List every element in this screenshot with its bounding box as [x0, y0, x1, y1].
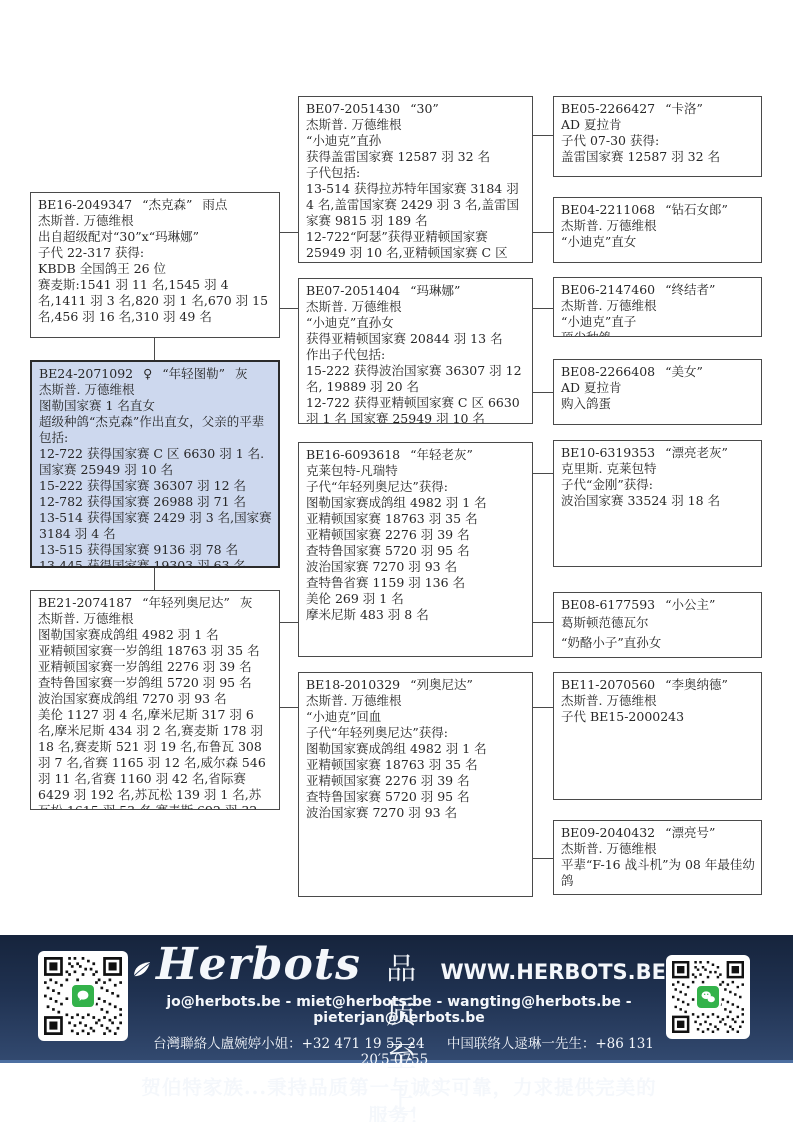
detail-line: 杰斯普. 万德维根	[561, 218, 755, 234]
pigeon-name: “李奥纳德”	[665, 677, 728, 692]
color-note: 雨点	[202, 197, 227, 212]
pigeon-name: “玛琳娜”	[410, 283, 460, 298]
detail-line: 杰斯普. 万德维根	[561, 298, 755, 314]
pigeon-title: BE07-2051404“玛琳娜”	[306, 283, 526, 299]
connector-line	[280, 707, 298, 708]
pedigree-box-ggp-8: BE09-2040432“漂亮号” 杰斯普. 万德维根平辈“F-16 战斗机”为…	[553, 820, 762, 895]
detail-line: 13-445 获得国家赛 19303 羽 63 名	[39, 558, 272, 568]
detail-line: 查特鲁省赛 1159 羽 136 名	[306, 575, 526, 591]
pigeon-title: BE04-2211068“钻石女郎”	[561, 202, 755, 218]
detail-line: 12-722 获得亚精顿国家赛 C 区 6630 羽 1 名 国家赛 25949…	[306, 395, 526, 424]
color-note: 灰	[235, 366, 248, 381]
pigeon-name: “漂亮老灰”	[665, 445, 728, 460]
detail-line: 杰斯普. 万德维根	[306, 299, 526, 315]
detail-line: 顶尖种鸽	[561, 330, 755, 337]
detail-line: 子代 22-317 获得:	[38, 245, 273, 261]
ring-number: BE07-2051430	[306, 101, 400, 116]
detail-line: 盖雷国家赛 12587 羽 32 名	[561, 149, 755, 165]
contact-phones: 台灣聯絡人盧婉婷小姐：+32 471 19 55 24 中国联络人逯琳一先生：+…	[132, 1032, 666, 1068]
pigeon-details: 杰斯普. 万德维根图勒国家赛成鸽组 4982 羽 1 名亚精顿国家赛一岁鸽组 1…	[38, 611, 273, 810]
detail-line: AD 夏拉肯	[561, 117, 755, 133]
detail-line: 查特鲁国家赛 5720 羽 95 名	[306, 543, 526, 559]
detail-line: 克莱包特-凡瑞特	[306, 463, 526, 479]
connector-line	[154, 338, 155, 360]
detail-line: 子代 BE15-2000243	[561, 709, 755, 725]
website-url[interactable]: WWW.HERBOTS.BE	[441, 960, 666, 984]
detail-line: 子代 07-30 获得:	[561, 133, 755, 149]
detail-line: 获得盖雷国家赛 12587 羽 32 名	[306, 149, 526, 165]
brand-row: Herbots 品质至上 WWW.HERBOTS.BE	[132, 939, 666, 991]
detail-line: 摩米尼斯 483 羽 8 名	[306, 607, 526, 623]
color-note: 灰	[240, 595, 253, 610]
pigeon-details: 杰斯普. 万德维根图勒国家赛 1 名直女超级种鸽“杰克森”作出直女，父亲的平辈包…	[39, 382, 272, 568]
connector-line	[280, 232, 298, 233]
pigeon-name: “杰克森”	[142, 197, 192, 212]
detail-line: 子代“年轻列奥尼达”获得:	[306, 479, 526, 495]
pigeon-details: 杰斯普. 万德维根“小迪克”直子顶尖种鸽	[561, 298, 755, 337]
connector-line	[280, 622, 298, 623]
pedigree-box-mother: BE21-2074187“年轻列奥尼达”灰 杰斯普. 万德维根图勒国家赛成鸽组 …	[30, 590, 280, 810]
detail-line: 图勒国家赛成鸽组 4982 羽 1 名	[38, 627, 273, 643]
connector-line	[280, 308, 298, 309]
detail-line: 杰斯普. 万德维根	[38, 213, 273, 229]
connector-line	[533, 308, 553, 309]
detail-line: 子代“年轻列奥尼达”获得:	[306, 725, 526, 741]
pigeon-name: “卡洛”	[665, 101, 703, 116]
pigeon-details: 克里斯. 克莱包特子代“金刚”获得:波治国家赛 33524 羽 18 名	[561, 461, 755, 509]
detail-line: 子代“金刚”获得:	[561, 477, 755, 493]
pigeon-name: “美女”	[665, 364, 703, 379]
detail-line: “小迪克”直子	[561, 314, 755, 330]
detail-line: 葛斯顿范德瓦尔	[561, 613, 755, 633]
ring-number: BE10-6319353	[561, 445, 655, 460]
detail-line: 杰斯普. 万德维根	[306, 693, 526, 709]
leaf-icon	[132, 960, 154, 984]
detail-line: 13-514 获得拉苏特年国家赛 3184 羽 4 名,盖雷国家赛 2429 羽…	[306, 181, 526, 229]
pedigree-box-ggp-7: BE11-2070560“李奥纳德” 杰斯普. 万德维根子代 BE15-2000…	[553, 672, 762, 800]
connector-line	[533, 473, 553, 474]
detail-line: 杰斯普. 万德维根	[561, 841, 755, 857]
detail-line: 美伦 1127 羽 4 名,摩米尼斯 317 羽 6 名,摩米尼斯 434 羽 …	[38, 707, 273, 810]
wechat-qr-code	[666, 955, 750, 1039]
contact-emails[interactable]: jo@herbots.be - miet@herbots.be - wangti…	[132, 994, 666, 1026]
ring-number: BE08-6177593	[561, 597, 655, 612]
ring-number: BE16-2049347	[38, 197, 132, 212]
detail-line: 亚精顿国家赛 18763 羽 35 名	[306, 511, 526, 527]
connector-line	[533, 135, 553, 136]
detail-line: 亚精顿国家赛一岁鸽组 2276 羽 39 名	[38, 659, 273, 675]
pedigree-box-ggp-3: BE06-2147460“终结者” 杰斯普. 万德维根“小迪克”直子顶尖种鸽	[553, 277, 762, 337]
detail-line: 杰斯普. 万德维根	[561, 693, 755, 709]
detail-line: 亚精顿国家赛 2276 羽 39 名	[306, 773, 526, 789]
detail-line: 平辈“F-16 战斗机”为 08 年最佳幼鸽	[561, 857, 755, 889]
pigeon-name: “漂亮号”	[665, 825, 715, 840]
detail-line: 图勒国家赛 1 名直女	[39, 398, 272, 414]
detail-line: 查特鲁国家赛 5720 羽 95 名	[306, 789, 526, 805]
detail-line: 波治国家赛 33524 羽 18 名	[561, 493, 755, 509]
pigeon-title: BE18-2010329“列奥尼达”	[306, 677, 526, 693]
detail-line: “奶酪小子”直孙女	[561, 633, 755, 653]
pigeon-details: 葛斯顿范德瓦尔“奶酪小子”直孙女	[561, 613, 755, 653]
connector-line	[533, 858, 553, 859]
pigeon-name: “年轻列奥尼达”	[142, 595, 230, 610]
pigeon-name: “年轻图勒”	[162, 366, 225, 381]
brand-logo: Herbots	[156, 939, 361, 990]
pigeon-name: “钻石女郎”	[665, 202, 728, 217]
detail-line: “小迪克”直孙女	[306, 315, 526, 331]
pedigree-box-grandsire-maternal: BE16-6093618“年轻老灰” 克莱包特-凡瑞特子代“年轻列奥尼达”获得:…	[298, 442, 533, 657]
pedigree-box-ggp-2: BE04-2211068“钻石女郎” 杰斯普. 万德维根“小迪克”直女	[553, 197, 762, 263]
detail-line: 图勒国家赛成鸽组 4982 羽 1 名	[306, 741, 526, 757]
footer-tagline: 贺伯特家族...秉持品质第一与诚实可靠，力求提供完美的服务！	[132, 1072, 666, 1122]
detail-line: 亚精顿国家赛 18763 羽 35 名	[306, 757, 526, 773]
pedigree-box-ggp-6: BE08-6177593“小公主” 葛斯顿范德瓦尔“奶酪小子”直孙女	[553, 592, 762, 658]
pigeon-details: 杰斯普. 万德维根“小迪克”直孙女获得亚精顿国家赛 20844 羽 13 名作出…	[306, 299, 526, 424]
detail-line: 杰斯普. 万德维根	[39, 382, 272, 398]
detail-line: “小迪克”直女	[561, 234, 755, 250]
ring-number: BE06-2147460	[561, 282, 655, 297]
pigeon-name: “年轻老灰”	[410, 447, 473, 462]
pigeon-title: BE06-2147460“终结者”	[561, 282, 755, 298]
sex-symbol: ♀	[143, 366, 152, 381]
pigeon-details: 杰斯普. 万德维根出自超级配对“30”x“玛琳娜”子代 22-317 获得:KB…	[38, 213, 273, 325]
line-icon	[70, 983, 96, 1009]
detail-line: 杰斯普. 万德维根	[38, 611, 273, 627]
pigeon-title: BE09-2040432“漂亮号”	[561, 825, 755, 841]
detail-line: 杰斯普. 万德维根	[306, 117, 526, 133]
pedigree-box-granddam-paternal: BE07-2051404“玛琳娜” 杰斯普. 万德维根“小迪克”直孙女获得亚精顿…	[298, 278, 533, 424]
footer-banner: Herbots 品质至上 WWW.HERBOTS.BE jo@herbots.b…	[0, 935, 793, 1063]
detail-line: 13-515 获得国家赛 9136 羽 78 名	[39, 542, 272, 558]
detail-line: 12-722“阿瑟”获得亚精顿国家赛 25949 羽 10 名,亚精顿国家赛 C…	[306, 229, 526, 263]
pigeon-name: “30”	[410, 101, 439, 116]
detail-line: 波治国家赛 7270 羽 93 名	[306, 559, 526, 575]
pigeon-title: BE10-6319353“漂亮老灰”	[561, 445, 755, 461]
pigeon-details: AD 夏拉肯子代 07-30 获得:盖雷国家赛 12587 羽 32 名	[561, 117, 755, 165]
detail-line: 美伦 269 羽 1 名	[306, 591, 526, 607]
pigeon-details: 杰斯普. 万德维根子代 BE15-2000243	[561, 693, 755, 725]
pedigree-box-father: BE16-2049347“杰克森”雨点 杰斯普. 万德维根出自超级配对“30”x…	[30, 192, 280, 338]
detail-line: 查特鲁国家赛一岁鸽组 5720 羽 95 名	[38, 675, 273, 691]
detail-line: “小迪克”回血	[306, 709, 526, 725]
connector-line	[533, 707, 553, 708]
pigeon-title: BE11-2070560“李奥纳德”	[561, 677, 755, 693]
detail-line: 亚精顿国家赛 2276 羽 39 名	[306, 527, 526, 543]
pigeon-title: BE16-2049347“杰克森”雨点	[38, 197, 273, 213]
line-qr-code	[38, 951, 128, 1041]
pigeon-name: “终结者”	[665, 282, 715, 297]
ring-number: BE07-2051404	[306, 283, 400, 298]
detail-line: 作出子代包括:	[306, 347, 526, 363]
pigeon-details: AD 夏拉肯购入鸽蛋	[561, 380, 755, 412]
pigeon-title: BE05-2266427“卡洛”	[561, 101, 755, 117]
detail-line: 赛麦斯:1541 羽 11 名,1545 羽 4 名,1411 羽 3 名,82…	[38, 277, 273, 325]
pedigree-page: BE16-2049347“杰克森”雨点 杰斯普. 万德维根出自超级配对“30”x…	[0, 0, 793, 1122]
detail-line: 12-782 获得国家赛 26988 羽 71 名	[39, 494, 272, 510]
pedigree-box-ggp-1: BE05-2266427“卡洛” AD 夏拉肯子代 07-30 获得:盖雷国家赛…	[553, 96, 762, 177]
pigeon-details: 杰斯普. 万德维根“小迪克”直女	[561, 218, 755, 250]
pigeon-title: BE24-2071092♀“年轻图勒”灰	[39, 366, 272, 382]
connector-line	[154, 568, 155, 590]
pigeon-name: “列奥尼达”	[410, 677, 473, 692]
pigeon-name: “小公主”	[665, 597, 715, 612]
pigeon-details: 杰斯普. 万德维根“小迪克”回血子代“年轻列奥尼达”获得:图勒国家赛成鸽组 49…	[306, 693, 526, 821]
detail-line: 克里斯. 克莱包特	[561, 461, 755, 477]
pigeon-title: BE07-2051430“30”	[306, 101, 526, 117]
connector-line	[533, 232, 553, 233]
pigeon-title: BE21-2074187“年轻列奥尼达”灰	[38, 595, 273, 611]
detail-line: 图勒国家赛成鸽组 4982 羽 1 名	[306, 495, 526, 511]
pigeon-details: 克莱包特-凡瑞特子代“年轻列奥尼达”获得:图勒国家赛成鸽组 4982 羽 1 名…	[306, 463, 526, 623]
detail-line: 15-222 获得国家赛 36307 羽 12 名	[39, 478, 272, 494]
pigeon-details: 杰斯普. 万德维根平辈“F-16 战斗机”为 08 年最佳幼鸽	[561, 841, 755, 889]
detail-line: AD 夏拉肯	[561, 380, 755, 396]
detail-line: “小迪克”直孙	[306, 133, 526, 149]
detail-line: 波治国家赛成鸽组 7270 羽 93 名	[38, 691, 273, 707]
detail-line: 子代包括:	[306, 165, 526, 181]
detail-line: 12-722 获得国家赛 C 区 6630 羽 1 名.国家赛 25949 羽 …	[39, 446, 272, 478]
ring-number: BE08-2266408	[561, 364, 655, 379]
pigeon-title: BE16-6093618“年轻老灰”	[306, 447, 526, 463]
detail-line: 亚精顿国家赛一岁鸽组 18763 羽 35 名	[38, 643, 273, 659]
pedigree-box-subject: BE24-2071092♀“年轻图勒”灰 杰斯普. 万德维根图勒国家赛 1 名直…	[30, 360, 280, 568]
detail-line: 购入鸽蛋	[561, 396, 755, 412]
pigeon-details: 杰斯普. 万德维根“小迪克”直孙获得盖雷国家赛 12587 羽 32 名子代包括…	[306, 117, 526, 263]
detail-line: 超级种鸽“杰克森”作出直女，父亲的平辈包括:	[39, 414, 272, 446]
pedigree-box-ggp-4: BE08-2266408“美女” AD 夏拉肯购入鸽蛋	[553, 359, 762, 425]
detail-line: 波治国家赛 7270 羽 93 名	[306, 805, 526, 821]
detail-line: 获得亚精顿国家赛 20844 羽 13 名	[306, 331, 526, 347]
ring-number: BE05-2266427	[561, 101, 655, 116]
pedigree-box-grandsire-paternal: BE07-2051430“30” 杰斯普. 万德维根“小迪克”直孙获得盖雷国家赛…	[298, 96, 533, 263]
detail-line: 15-222 获得波治国家赛 36307 羽 12 名, 19889 羽 20 …	[306, 363, 526, 395]
ring-number: BE16-6093618	[306, 447, 400, 462]
wechat-icon	[695, 984, 721, 1010]
pigeon-title: BE08-6177593“小公主”	[561, 597, 755, 613]
connector-line	[533, 622, 553, 623]
ring-number: BE18-2010329	[306, 677, 400, 692]
ring-number: BE04-2211068	[561, 202, 655, 217]
ring-number: BE09-2040432	[561, 825, 655, 840]
pedigree-box-ggp-5: BE10-6319353“漂亮老灰” 克里斯. 克莱包特子代“金刚”获得:波治国…	[553, 440, 762, 567]
ring-number: BE21-2074187	[38, 595, 132, 610]
detail-line: KBDB 全国鸽王 26 位	[38, 261, 273, 277]
pigeon-title: BE08-2266408“美女”	[561, 364, 755, 380]
pedigree-box-granddam-maternal: BE18-2010329“列奥尼达” 杰斯普. 万德维根“小迪克”回血子代“年轻…	[298, 672, 533, 897]
footer-center-block: Herbots 品质至上 WWW.HERBOTS.BE jo@herbots.b…	[132, 939, 666, 1122]
detail-line: 13-514 获得国家赛 2429 羽 3 名,国家赛 3184 羽 4 名	[39, 510, 272, 542]
connector-line	[533, 392, 553, 393]
ring-number: BE11-2070560	[561, 677, 655, 692]
detail-line: 出自超级配对“30”x“玛琳娜”	[38, 229, 273, 245]
ring-number: BE24-2071092	[39, 366, 133, 381]
contact-taiwan: 台灣聯絡人盧婉婷小姐：+32 471 19 55 24	[153, 1036, 424, 1052]
